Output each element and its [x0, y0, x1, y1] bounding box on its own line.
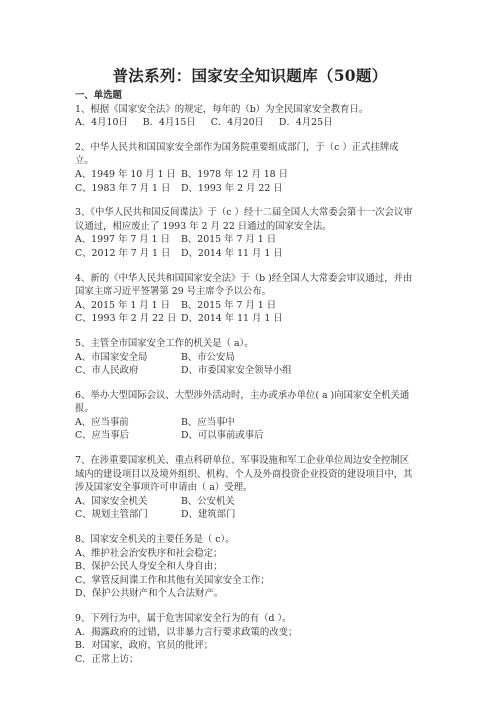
question-text: 8、国家安全机关的主要任务是（ c）。	[75, 533, 415, 547]
options-row: C、市人民政府 D、市委国家安全领导小组	[75, 364, 415, 378]
option-c: C、1983 年 7 月 1 日	[75, 182, 181, 196]
options-row: A、1949 年 10 月 1 日 B、1978 年 12 月 18 日	[75, 168, 415, 182]
option-a: A、1997 年 7 月 1 日	[75, 233, 181, 247]
options-row: C、应当事后 D、可以事前或事后	[75, 429, 415, 443]
spacer	[75, 261, 415, 272]
options-row: C、2012 年 7 月 1 日 D、2014 年 11 月 1 日	[75, 247, 415, 261]
question-text: 5、主管全市国家安全工作的机关是（ a）。	[75, 337, 415, 351]
spacer	[75, 378, 415, 389]
question-5: 5、主管全市国家安全工作的机关是（ a）。 A、市国家安全局 B、市公安局 C、…	[75, 337, 415, 378]
option-d: D、2014 年 11 月 1 日	[181, 312, 283, 326]
option-c: C、应当事后	[75, 429, 181, 443]
question-9: 9、下列行为中，属于危害国家安全行为的有（d ）。 A．揭露政府的过错，以非暴力…	[75, 612, 415, 666]
question-text: 3、《中华人民共和国反间谍法》于（c ）经十二届全国人大常委会第十一次会议审议通…	[75, 206, 415, 233]
question-3: 3、《中华人民共和国反间谍法》于（c ）经十二届全国人大常委会第十一次会议审议通…	[75, 206, 415, 260]
spacer	[75, 130, 415, 141]
option-c: C、1993 年 2 月 22 日	[75, 312, 181, 326]
question-7: 7、在涉重要国家机关、重点科研单位、军事设施和军工企业单位周边安全控制区域内的建…	[75, 454, 415, 522]
option-b: B．对国家，政府，官员的批评；	[75, 639, 415, 653]
option-a: A、维护社会治安秩序和社会稳定；	[75, 547, 415, 561]
options-row: A、国家安全机关 B、公安机关	[75, 495, 415, 509]
option-b: B、保护公民人身安全和人身自由；	[75, 560, 415, 574]
options-row: C、1993 年 2 月 22 日 D、2014 年 11 月 1 日	[75, 312, 415, 326]
spacer	[75, 601, 415, 612]
option-a: A、国家安全机关	[75, 495, 181, 509]
option-d: D、保护公共财产和个人合法财产。	[75, 587, 415, 601]
spacer	[75, 326, 415, 337]
option-a: A、应当事前	[75, 416, 181, 430]
question-6: 6、举办大型国际会议、大型涉外活动时，主办或承办单位( a )向国家安全机关通报…	[75, 389, 415, 443]
spacer	[75, 195, 415, 206]
option-b: B、2015 年 7 月 1 日	[181, 299, 276, 313]
option-d: D．4月25日	[279, 116, 333, 130]
option-c: C、掌管反间谍工作和其他有关国家安全工作；	[75, 574, 415, 588]
option-a: A、2015 年 1 月 1 日	[75, 299, 181, 313]
spacer	[75, 443, 415, 454]
option-b: B、市公安局	[181, 351, 235, 365]
option-c: C、市人民政府	[75, 364, 181, 378]
option-b: B、1978 年 12 月 18 日	[181, 168, 288, 182]
options-row: A、市国家安全局 B、市公安局	[75, 351, 415, 365]
options-row: A．4月10日 B．4月15日 C．4月20日 D．4月25日	[75, 116, 415, 130]
section-heading: 一、单选题	[75, 89, 415, 103]
option-d: D、2014 年 11 月 1 日	[181, 247, 283, 261]
question-text: 1、根据《国家安全法》的规定，每年的（b）为全民国家安全教育日。	[75, 103, 415, 117]
question-1: 1、根据《国家安全法》的规定，每年的（b）为全民国家安全教育日。 A．4月10日…	[75, 103, 415, 130]
option-c: C．4月20日	[211, 116, 264, 130]
question-8: 8、国家安全机关的主要任务是（ c）。 A、维护社会治安秩序和社会稳定； B、保…	[75, 533, 415, 601]
options-row: A、1997 年 7 月 1 日 B、2015 年 7 月 1 日	[75, 233, 415, 247]
options-row: A、应当事前 B、应当事中	[75, 416, 415, 430]
option-b: B．4月15日	[143, 116, 196, 130]
option-a: A．揭露政府的过错，以非暴力言行要求政策的改变；	[75, 626, 415, 640]
option-c: C．正常上访；	[75, 653, 415, 667]
question-4: 4、新的《中华人民共和国国家安全法》于（b )经全国人大常委会审议通过，并由国家…	[75, 272, 415, 326]
option-c: C、规划主管部门	[75, 508, 181, 522]
options-row: C、规划主管部门 D、建筑部门	[75, 508, 415, 522]
options-row: A、2015 年 1 月 1 日 B、2015 年 7 月 1 日	[75, 299, 415, 313]
question-text: 4、新的《中华人民共和国国家安全法》于（b )经全国人大常委会审议通过，并由国家…	[75, 272, 415, 299]
document-page: 普法系列：国家安全知识题库（50题） 一、单选题 1、根据《国家安全法》的规定，…	[0, 0, 500, 707]
document-body: 一、单选题 1、根据《国家安全法》的规定，每年的（b）为全民国家安全教育日。 A…	[75, 89, 415, 666]
option-d: D、建筑部门	[181, 508, 235, 522]
spacer	[75, 522, 415, 533]
question-text: 2、中华人民共和国国家安全部作为国务院重要组成部门，于（c ）正式挂牌成立。	[75, 141, 415, 168]
option-b: B、公安机关	[181, 495, 235, 509]
question-text: 9、下列行为中，属于危害国家安全行为的有（d ）。	[75, 612, 415, 626]
option-a: A．4月10日	[75, 116, 128, 130]
document-title: 普法系列：国家安全知识题库（50题）	[0, 64, 500, 86]
option-a: A、1949 年 10 月 1 日	[75, 168, 181, 182]
option-d: D、1993 年 2 月 22 日	[181, 182, 283, 196]
question-text: 7、在涉重要国家机关、重点科研单位、军事设施和军工企业单位周边安全控制区域内的建…	[75, 454, 415, 495]
option-d: D、可以事前或事后	[181, 429, 264, 443]
option-c: C、2012 年 7 月 1 日	[75, 247, 181, 261]
option-b: B、2015 年 7 月 1 日	[181, 233, 276, 247]
question-text: 6、举办大型国际会议、大型涉外活动时，主办或承办单位( a )向国家安全机关通报…	[75, 389, 415, 416]
option-a: A、市国家安全局	[75, 351, 181, 365]
option-b: B、应当事中	[181, 416, 235, 430]
question-2: 2、中华人民共和国国家安全部作为国务院重要组成部门，于（c ）正式挂牌成立。 A…	[75, 141, 415, 195]
options-row: C、1983 年 7 月 1 日 D、1993 年 2 月 22 日	[75, 182, 415, 196]
option-d: D、市委国家安全领导小组	[181, 364, 292, 378]
